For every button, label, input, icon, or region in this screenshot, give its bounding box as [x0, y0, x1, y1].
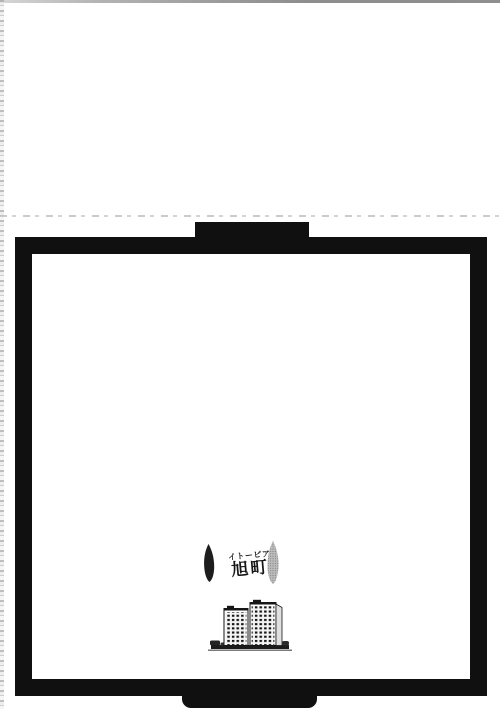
scan-top-edge-line	[0, 0, 500, 3]
left-tree-icon	[201, 544, 217, 583]
apartment-building-illustration	[207, 597, 293, 655]
scan-left-edge-strip	[0, 0, 4, 709]
frame-bottom-tab	[182, 690, 317, 708]
scanned-page: イトーピア 旭町	[0, 0, 500, 709]
faint-horizontal-rule	[0, 215, 500, 217]
bush-silhouette	[282, 641, 289, 646]
logo-text: イトーピア 旭町	[223, 550, 277, 581]
car-silhouette	[210, 641, 220, 646]
